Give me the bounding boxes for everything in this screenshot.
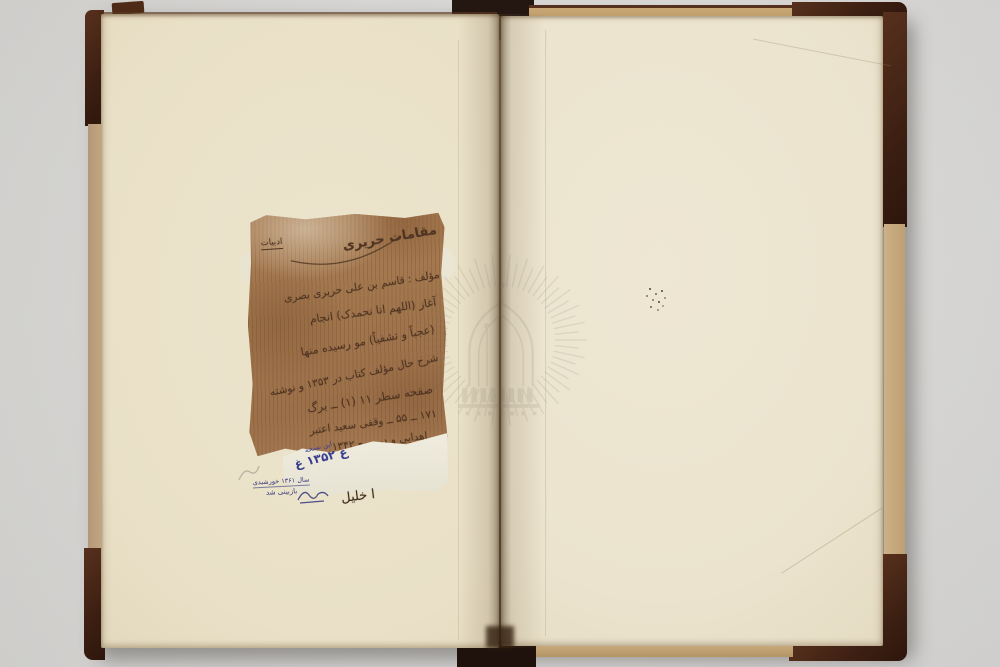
catalog-label: مقامات حریری ادبیات مؤلف : قاسم بن علی ح… bbox=[246, 213, 447, 457]
ink-speckle bbox=[646, 295, 648, 297]
ink-speckle bbox=[655, 293, 657, 295]
right-page bbox=[501, 16, 883, 646]
bottom-cover-board-edge bbox=[528, 645, 793, 657]
photographed-manuscript-scene: مقامات حریری ادبیات مؤلف : قاسم بن علی ح… bbox=[0, 0, 1000, 667]
right-cover-leather-top bbox=[883, 12, 907, 227]
stamp-signature-squiggle bbox=[296, 486, 330, 506]
ink-speckle bbox=[661, 290, 663, 292]
label-title: مقامات حریری bbox=[342, 223, 438, 254]
ink-speckle bbox=[664, 297, 666, 299]
ink-speckle bbox=[662, 305, 664, 307]
gutter-centerline bbox=[499, 16, 501, 646]
label-line-incipit: آغاز (اللهم انا نحمدک) انجام bbox=[308, 296, 436, 326]
ink-speckle bbox=[658, 301, 660, 303]
ink-speckle bbox=[650, 306, 652, 308]
label-line-explicit: (عجباً و تشفیاً) مو رسیده منها bbox=[299, 323, 435, 359]
right-cover-board-edge bbox=[884, 224, 905, 557]
gutter-glue-stain bbox=[486, 626, 514, 648]
left-page-top-edge bbox=[103, 12, 497, 14]
ink-speckle bbox=[649, 288, 651, 290]
ink-speckle bbox=[652, 299, 654, 301]
label-subject: ادبیات bbox=[260, 237, 282, 250]
ink-speckle bbox=[657, 309, 659, 311]
